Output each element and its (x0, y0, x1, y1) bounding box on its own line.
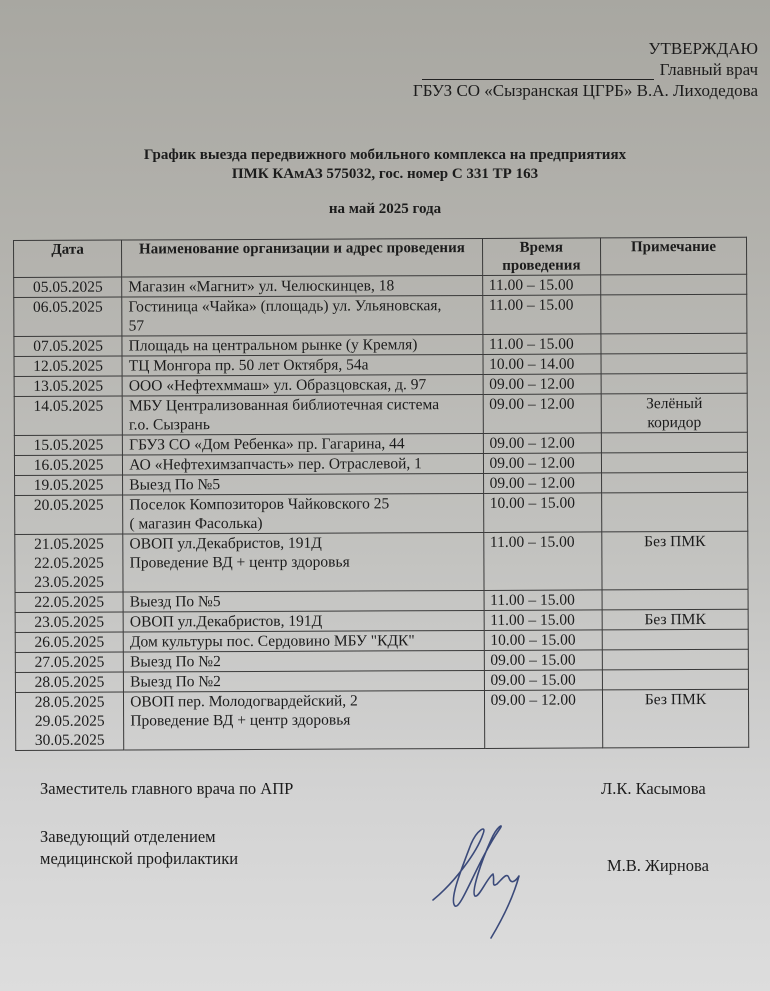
cell-date: 06.05.2025 (14, 297, 122, 336)
cell-note (601, 373, 747, 394)
cell-date-line: 28.05.2025 (22, 693, 117, 712)
cell-date-line: 13.05.2025 (21, 377, 116, 396)
header-date: Дата (14, 240, 122, 277)
cell-organization: Выезд По №2 (124, 650, 484, 672)
cell-note (602, 649, 748, 670)
signature-line (422, 65, 654, 80)
table-row: 14.05.2025МБУ Централизованная библиотеч… (14, 393, 747, 435)
cell-date: 07.05.2025 (14, 336, 122, 356)
cell-time: 10.00 – 15.00 (484, 630, 603, 651)
cell-organization-line: ( магазин Фасолька) (129, 513, 476, 534)
cell-organization-line: Дом культуры пос. Сердовино МБУ "КДК" (130, 631, 477, 652)
cell-organization-line: Площадь на центральном рынке (у Кремля) (129, 335, 476, 356)
cell-date-line: 22.05.2025 (22, 593, 117, 612)
cell-organization-line: ГБУЗ СО «Дом Ребенка» пр. Гагарина, 44 (129, 434, 476, 455)
cell-date: 22.05.2025 (15, 592, 123, 612)
cell-date: 23.05.2025 (15, 612, 123, 632)
cell-organization-line: г.о. Сызрань (129, 414, 476, 435)
cell-time: 09.00 – 12.00 (483, 374, 602, 395)
cell-date: 28.05.202529.05.202530.05.2025 (15, 692, 123, 750)
cell-organization-line: МБУ Централизованная библиотечная систем… (129, 395, 476, 416)
cell-time: 09.00 – 12.00 (483, 433, 602, 454)
table-row: 21.05.202522.05.202523.05.2025ОВОП ул.Де… (15, 531, 748, 592)
cell-note (602, 669, 748, 690)
cell-organization: Поселок Композиторов Чайковского 25( маг… (123, 493, 484, 534)
cell-note: Без ПМК (602, 531, 748, 590)
cell-organization: ОВОП ул.Декабристов, 191Д (123, 610, 483, 632)
cell-organization-line: Выезд По №2 (130, 651, 477, 672)
cell-time: 09.00 – 12.00 (483, 394, 602, 434)
cell-organization-line: АО «Нефтехимзапчасть» пер. Отраслевой, 1 (129, 454, 476, 475)
document-title: График выезда передвижного мобильного ко… (0, 146, 770, 184)
head-position: Заведующий отделением медицинской профил… (40, 826, 238, 870)
cell-organization-line: 57 (129, 315, 476, 336)
header-organization: Наименование организации и адрес проведе… (122, 238, 483, 277)
cell-organization: МБУ Централизованная библиотечная систем… (122, 394, 483, 435)
header-note: Примечание (600, 237, 746, 275)
cell-organization: Магазин «Магнит» ул. Челюскинцев, 18 (122, 275, 482, 297)
cell-organization-line: Проведение ВД + центр здоровья (130, 710, 477, 731)
title-line-2: ПМК КАмАЗ 575032, гос. номер С 331 ТР 16… (0, 165, 770, 184)
cell-date-line: 23.05.2025 (21, 573, 116, 592)
cell-date: 27.05.2025 (15, 652, 123, 672)
cell-date: 15.05.2025 (14, 435, 122, 455)
cell-date-line: 19.05.2025 (21, 476, 116, 495)
approval-block: УТВЕРЖДАЮ Главный врач ГБУЗ СО «Сызранск… (413, 38, 758, 101)
cell-organization: Выезд По №5 (123, 590, 483, 612)
cell-time: 10.00 – 14.00 (483, 354, 602, 375)
cell-date-line: 30.05.2025 (22, 731, 117, 750)
cell-note (601, 274, 747, 295)
cell-note: Без ПМК (602, 609, 748, 630)
deputy-name: Л.К. Касымова (601, 778, 706, 800)
schedule-table: Дата Наименование организации и адрес пр… (13, 237, 749, 751)
cell-date-line: 12.05.2025 (21, 357, 116, 376)
cell-date-line: 23.05.2025 (22, 613, 117, 632)
cell-time: 11.00 – 15.00 (482, 295, 601, 335)
cell-date-line: 22.05.2025 (21, 554, 116, 573)
cell-organization-line: Магазин «Магнит» ул. Челюскинцев, 18 (128, 276, 475, 297)
cell-date-line: 16.05.2025 (21, 456, 116, 475)
cell-note (602, 472, 748, 493)
cell-date: 14.05.2025 (14, 396, 122, 435)
cell-note (601, 452, 747, 473)
table-row: 06.05.2025Гостиница «Чайка» (площадь) ул… (14, 294, 747, 336)
cell-organization: ТЦ Монгора пр. 50 лет Октября, 54а (122, 354, 482, 376)
cell-organization-line: Выезд По №5 (129, 474, 476, 495)
cell-note: Без ПМК (602, 689, 748, 748)
cell-note (601, 294, 747, 334)
cell-note (602, 629, 748, 650)
head-name: М.В. Жирнова (607, 855, 709, 877)
cell-time: 09.00 – 15.00 (484, 650, 603, 671)
cell-organization-line: ТЦ Монгора пр. 50 лет Октября, 54а (129, 355, 476, 376)
cell-date: 05.05.2025 (14, 277, 122, 297)
table-row: 20.05.2025Поселок Композиторов Чайковско… (15, 492, 748, 534)
cell-date: 21.05.202522.05.202523.05.2025 (15, 534, 123, 592)
cell-organization-line: ОВОП ул.Декабристов, 191Д (129, 533, 476, 554)
approval-position: Главный врач (660, 59, 758, 80)
cell-organization-line: Выезд По №5 (130, 591, 477, 612)
cell-organization-line: Поселок Композиторов Чайковского 25 (129, 494, 476, 515)
cell-organization: Площадь на центральном рынке (у Кремля) (122, 334, 482, 356)
cell-date-line: 26.05.2025 (22, 633, 117, 652)
cell-time: 10.00 – 15.00 (483, 493, 602, 533)
cell-date: 26.05.2025 (15, 632, 123, 652)
head-position-line-2: медицинской профилактики (40, 848, 238, 870)
cell-organization: Дом культуры пос. Сердовино МБУ "КДК" (123, 630, 483, 652)
cell-date-line: 15.05.2025 (21, 436, 116, 455)
cell-note: Зелёный коридор (601, 393, 747, 433)
cell-date-line: 07.05.2025 (20, 337, 115, 356)
cell-time: 09.00 – 15.00 (484, 670, 603, 691)
cell-date: 19.05.2025 (15, 475, 123, 495)
cell-note (601, 333, 747, 354)
cell-organization: Гостиница «Чайка» (площадь) ул. Ульяновс… (122, 295, 483, 336)
title-line-1: График выезда передвижного мобильного ко… (0, 146, 770, 165)
cell-date: 13.05.2025 (14, 376, 122, 396)
cell-note (601, 353, 747, 374)
approval-heading: УТВЕРЖДАЮ (413, 38, 758, 59)
handwritten-signature-icon (425, 822, 535, 942)
cell-organization-line: Выезд По №2 (130, 671, 477, 692)
cell-time: 11.00 – 15.00 (482, 334, 601, 355)
cell-date-line: 21.05.2025 (21, 535, 116, 554)
cell-time: 11.00 – 15.00 (484, 590, 603, 611)
cell-time: 11.00 – 15.00 (483, 532, 602, 591)
document-period: на май 2025 года (0, 201, 770, 218)
cell-organization-line: Гостиница «Чайка» (площадь) ул. Ульяновс… (128, 296, 475, 317)
header-time: Время проведения (482, 238, 601, 276)
cell-organization: Выезд По №5 (123, 473, 483, 495)
cell-note (602, 589, 748, 610)
cell-organization-line: ОВОП пер. Молодогвардейский, 2 (130, 691, 477, 712)
head-position-line-1: Заведующий отделением (40, 826, 238, 848)
cell-organization-line: Проведение ВД + центр здоровья (130, 552, 477, 573)
cell-organization: ОВОП ул.Декабристов, 191ДПроведение ВД +… (123, 532, 484, 592)
cell-date: 28.05.2025 (15, 672, 123, 692)
cell-date: 12.05.2025 (14, 356, 122, 376)
cell-organization: ООО «Нефтехммаш» ул. Образцовская, д. 97 (122, 374, 482, 396)
cell-organization-line: ОВОП ул.Декабристов, 191Д (130, 611, 477, 632)
table-header-row: Дата Наименование организации и адрес пр… (14, 237, 747, 277)
cell-date: 16.05.2025 (14, 455, 122, 475)
cell-date-line: 06.05.2025 (20, 298, 115, 317)
cell-time: 11.00 – 15.00 (482, 275, 601, 296)
cell-time: 11.00 – 15.00 (484, 610, 603, 631)
cell-date-line: 27.05.2025 (22, 653, 117, 672)
cell-note (601, 432, 747, 453)
cell-date-line: 14.05.2025 (21, 397, 116, 416)
cell-organization: ГБУЗ СО «Дом Ребенка» пр. Гагарина, 44 (123, 433, 483, 455)
cell-time: 09.00 – 12.00 (483, 453, 602, 474)
approval-organization-signer: ГБУЗ СО «Сызранская ЦГРБ» В.А. Лиходедов… (413, 80, 758, 101)
cell-date: 20.05.2025 (15, 495, 123, 534)
cell-date-line: 20.05.2025 (21, 496, 116, 515)
cell-date-line: 05.05.2025 (20, 278, 115, 297)
cell-time: 09.00 – 12.00 (484, 690, 603, 749)
cell-organization: ОВОП пер. Молодогвардейский, 2Проведение… (124, 690, 485, 750)
cell-note (602, 492, 748, 532)
cell-date-line: 29.05.2025 (22, 712, 117, 731)
cell-organization-line: ООО «Нефтехммаш» ул. Образцовская, д. 97 (129, 375, 476, 396)
cell-organization: Выезд По №2 (124, 670, 484, 692)
table-row: 28.05.202529.05.202530.05.2025ОВОП пер. … (15, 689, 748, 750)
cell-organization: АО «Нефтехимзапчасть» пер. Отраслевой, 1 (123, 453, 483, 475)
cell-time: 09.00 – 12.00 (483, 473, 602, 494)
deputy-position: Заместитель главного врача по АПР (40, 778, 293, 800)
cell-date-line: 28.05.2025 (22, 673, 117, 692)
